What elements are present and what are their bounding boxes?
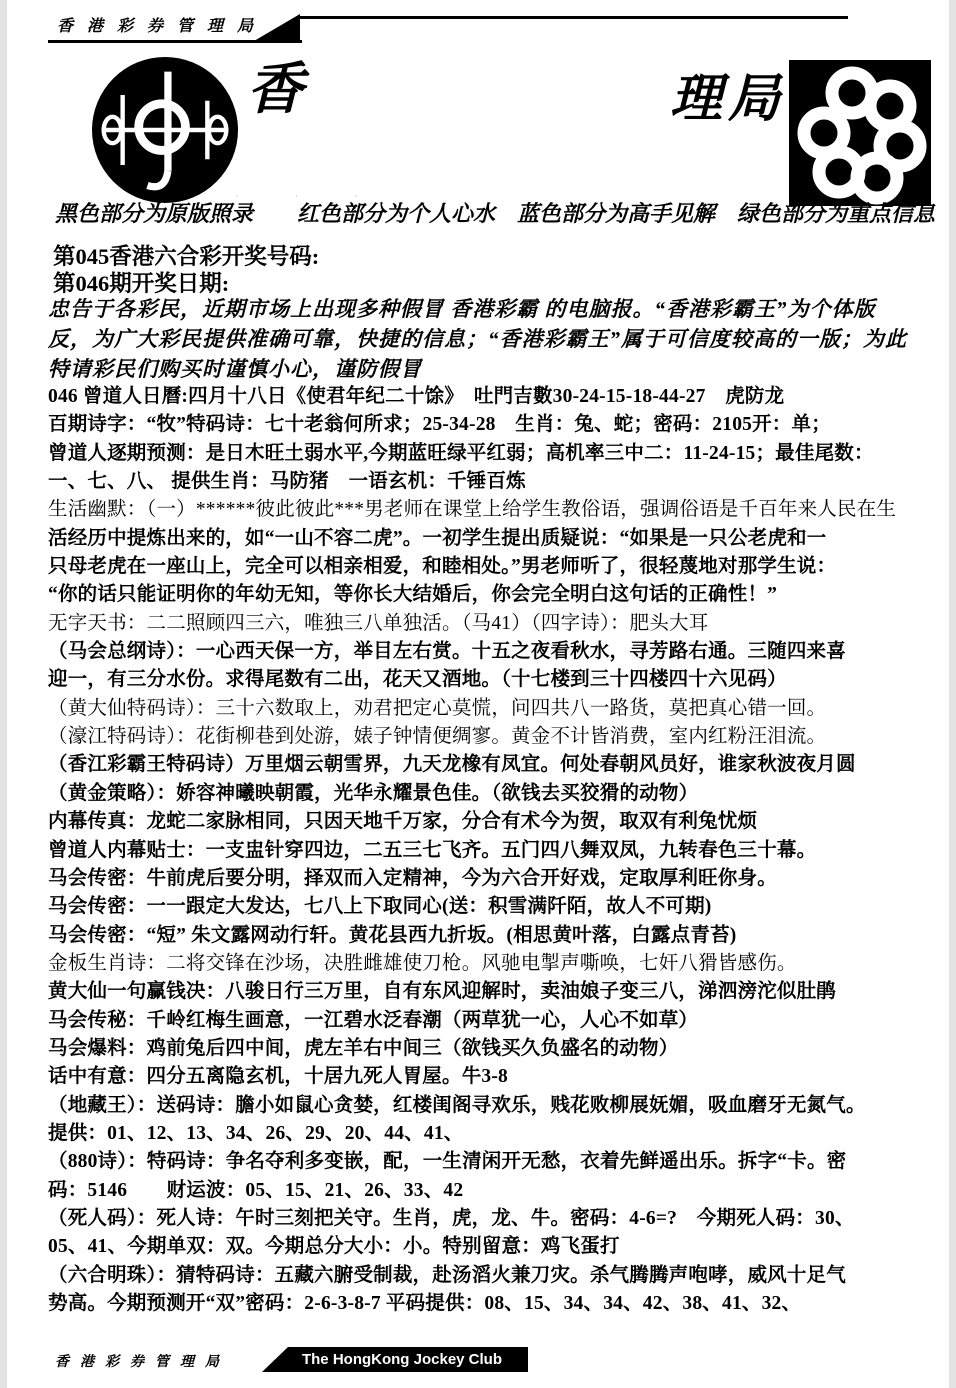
body-line: （六合明珠）：猜特码诗：五藏六腑受制裁，赴汤滔火兼刀灾。杀气腾腾声咆哮，威风十足… [48,1262,940,1290]
draw-date-line: 第046期开奖日期: [53,270,319,297]
body-line: 话中有意：四分五离隐玄机，十居九死人胃屋。牛3-8 [48,1063,940,1091]
counterfeit-advisory: 忠告于各彩民，近期市场上出现多种假冒 香港彩霸 的电脑报。“香港彩霸王”为个体版… [48,294,938,384]
body-line: （香江彩霸王特码诗）万里烟云朝雪界，九天龙橡有凤宜。何处春朝风员好，谁家秋波夜月… [48,751,940,779]
body-line: 活经历中提炼出来的，如“一山不容二虎”。一初学生提出质疑说：“如果是一只公老虎和… [48,525,940,553]
footer-org-title: 香港彩券管理局 [55,1351,230,1371]
body-line: （死人码）：死人诗：午时三刻把关守。生肖，虎，龙、牛。密码：4-6=? 今期死人… [48,1205,940,1233]
tips-body: 046 曾道人日曆:四月十八日《使君年纪二十馀》 吐門吉數30-24-15-18… [48,383,940,1318]
body-line: （濠江特码诗）：花街柳巷到处游，婊子钟情便绸寥。黄金不计皆消费，室内红粉汪泪流。 [48,723,940,751]
scan-edge-left [0,0,7,1388]
body-line: 马会传密：牛前虎后要分明，择双而入定精神，今为六合开好戏，定取厚利旺你身。 [48,865,940,893]
body-line: 百期诗字：“牧”特码诗：七十老翁何所求；25-34-28 生肖：兔、蛇；密码：2… [48,411,940,439]
body-line: 内幕传真：龙蛇二家脉相同，只因天地千万家，分合有术今为贺，取双有利兔忧烦 [48,808,940,836]
advisory-line: 忠告于各彩民，近期市场上出现多种假冒 香港彩霸 的电脑报。“香港彩霸王”为个体版 [48,294,938,324]
advisory-line: 特请彩民们购买时谨慎小心，谨防假冒 [48,354,938,384]
header-rule [300,16,848,19]
body-line: 046 曾道人日曆:四月十八日《使君年纪二十馀》 吐門吉數30-24-15-18… [48,383,940,411]
body-line: （黄金策略）：娇容神曦映朝霞，光华永耀景色佳。（欲钱去买狡猾的动物） [48,780,940,808]
body-line: （880诗）：特码诗：争名夺利多变嵌，配，一生清闲开无愁，衣着先鲜遥出乐。拆字“… [48,1148,940,1176]
right-header-text: 理局 [670,74,786,126]
body-line: 势高。今期预测开“双”密码：2-6-3-8-7 平码提供：08、15、34、34… [48,1290,940,1318]
body-line: （地藏王）：送码诗：膽小如鼠心贪婪，红楼闺阁寻欢乐，贱花败柳展妩媚，吸血磨牙无氮… [48,1092,940,1120]
scan-edge-right [949,0,956,1388]
scanned-lottery-sheet: 香港彩券管理局 香 理局 [0,0,956,1388]
body-line: 无字天书：二二照顾四三六，唯独三八单独活。（马41）（四字诗）：肥头大耳 [48,610,940,638]
body-line: “你的话只能证明你的年幼无知，等你长大结婚后，你会完全明白这句话的正确性！” [48,581,940,609]
body-line: 只母老虎在一座山上，完全可以相亲相爱，和睦相处。”男老师听了，很轻蔑地对那学生说… [48,553,940,581]
jockey-club-banner-text: The HongKong Jockey Club [302,1351,502,1368]
advisory-line: 反，为广大彩民提供准确可靠，快捷的信息；“香港彩霸王”属于可信度较高的一版；为此 [48,324,938,354]
flower-rings-logo-icon [789,60,931,206]
draw-info: 第045香港六合彩开奖号码: 第046期开奖日期: [53,243,319,297]
body-line: 曾道人内幕贴士：一支盅针穿四边，二五三七飞齐。五门四八舞双凤，九转春色三十幕。 [48,837,940,865]
body-line: 马会传密：一一跟定大发达，七八上下取同心(送：积雪满阡陌，故人不可期) [48,893,940,921]
body-line: 码：5146 财运波：05、15、21、26、33、42 [48,1177,940,1205]
body-line: 05、41、今期单双：双。今期总分大小：小。特别留意：鸡飞蛋打 [48,1233,940,1261]
body-line: 一、七、八、 提供生肖：马防猪 一语玄机：千锤百炼 [48,468,940,496]
body-line: （黄大仙特码诗）：三十六数取上，劝君把定心莫慌，问四共八一路货，莫把真心错一回。 [48,695,940,723]
brand-character: 香 [247,62,303,118]
body-line: 提供：01、12、13、34、26、29、20、44、41、 [48,1120,940,1148]
header-triangle [254,14,300,41]
body-line: 马会爆料：鸡前兔后四中间，虎左羊右中间三（欲钱买久负盛名的动物） [48,1035,940,1063]
body-line: 曾道人逐期预测：是日木旺土弱水平,今期蓝旺绿平红弱；高机率三中二：11-24-1… [48,440,940,468]
draw-numbers-line: 第045香港六合彩开奖号码: [53,243,319,270]
body-line: （马会总纲诗）：一心西天保一方，举目左右赏。十五之夜看秋水，寻芳路右通。三随四来… [48,638,940,666]
body-line: 金板生肖诗：二将交锋在沙场，决胜雌雄使刀枪。风驰电掣声嘶唤，七奸八猾皆感伤。 [48,950,940,978]
body-line: 马会传密：“短” 朱文露网动行轩。黄花县西九折坂。(相思黄叶落，白露点青苔) [48,922,940,950]
color-legend: 黑色部分为原版照录 红色部分为个人心水 蓝色部分为高手见解 绿色部分为重点信息 [55,197,935,228]
body-line: 迎一，有三分水份。求得尾数有二出，花天又酒地。（十七楼到三十四楼四十六见码） [48,666,940,694]
body-line: 马会传秘：千岭红梅生画意，一江碧水泛春潮（两草犹一心，人心不如草） [48,1007,940,1035]
body-line: 生活幽默：（一）******彼此彼此***男老师在课堂上给学生教俗语，强调俗语是… [48,496,940,524]
jockey-club-banner: The HongKong Jockey Club [262,1347,528,1372]
page-title: 香港彩券管理局 [57,13,267,36]
body-line: 黄大仙一句赢钱决：八骏日行三万里，自有东风迎解时，卖油娘子变三八，涕泗滂沱似肚鹃 [48,978,940,1006]
jockey-club-monogram-icon [92,57,238,203]
